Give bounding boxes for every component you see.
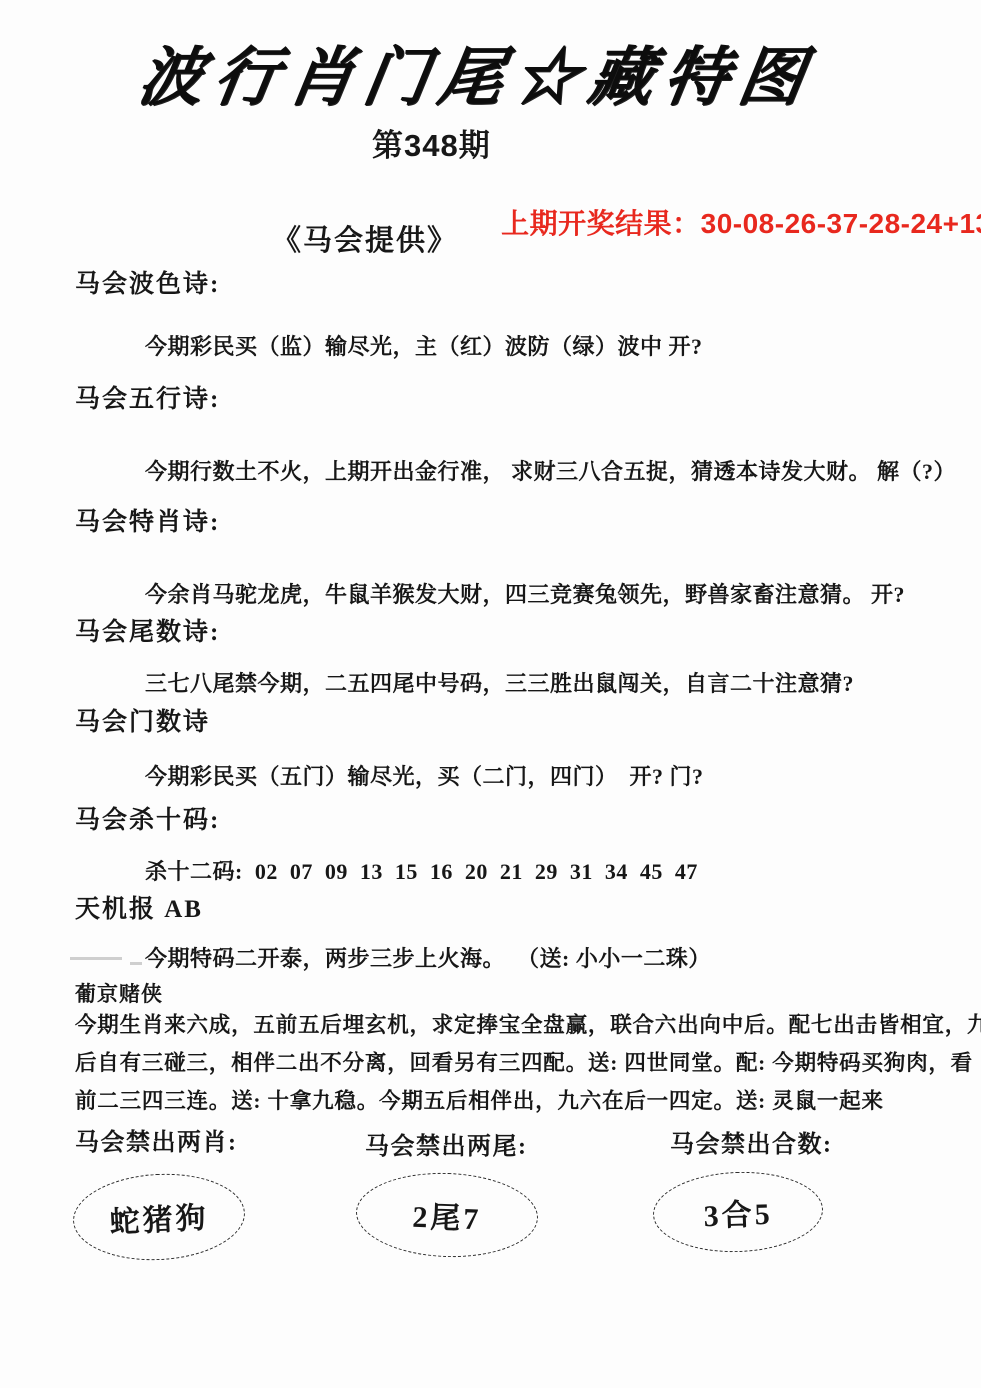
forbidden-sum-circle: 3合5 [652,1169,825,1255]
forbidden-tail-circle: 2尾7 [355,1170,540,1260]
poem-tianji: 今期特码二开泰，两步三步上火海。 （送: 小小一二珠） [145,942,711,973]
forbidden-zodiac-value: 蛇猪狗 [108,1192,209,1241]
section-heading-weishu: 马会尾数诗: [75,612,220,648]
page-title: 波行肖门尾☆藏特图 [132,26,822,118]
last-draw-numbers: 30-08-26-37-28-24+13 [701,208,981,239]
pujing-line-1: 今期生肖来六成，五前五后埋玄机，求定捧宝全盘赢，联合六出向中后。配七出击皆相宜，… [75,1008,981,1039]
forbidden-tail-value: 2尾7 [412,1192,482,1238]
section-heading-shama: 马会杀十码: [75,800,220,836]
forbidden-sum-value: 3合5 [703,1189,773,1235]
issue-number: 第348期 [372,120,491,165]
last-draw-result: 上期开奖结果：30-08-26-37-28-24+13 [468,170,981,274]
lottery-tip-sheet: 波行肖门尾☆藏特图 第348期 上期开奖结果：30-08-26-37-28-24… [0,0,981,1388]
forbidden-zodiac-label: 马会禁出两肖: [75,1122,238,1157]
forbidden-sum-label: 马会禁出合数: [670,1124,833,1159]
poem-menshu: 今期彩民买（五门）输尽光，买（二门，四门） 开? 门? [145,760,704,791]
last-draw-label: 上期开奖结果： [501,208,701,239]
pujing-line-3: 前二三四三连。送: 十拿九稳。今期五后相伴出，九六在后一四定。送: 灵鼠一起来 [75,1084,884,1115]
scan-artifact [130,962,142,965]
section-heading-pujing: 葡京赌侠 [75,978,163,1008]
provider-title: 《马会提供》 [272,218,458,259]
poem-wuxing: 今期行数土不火，上期开出金行准， 求财三八合五捉，猜透本诗发大财。 解（?） [145,455,956,486]
section-heading-tianji: 天机报 AB [75,889,203,925]
section-heading-bose: 马会波色诗: [75,264,220,300]
forbidden-tail-label: 马会禁出两尾: [365,1126,528,1161]
section-heading-texiao: 马会特肖诗: [75,502,220,538]
forbidden-zodiac-circle: 蛇猪狗 [71,1170,247,1265]
poem-texiao: 今余肖马驼龙虎，牛鼠羊猴发大财，四三竞赛兔领先，野兽家畜注意猜。 开? [145,578,905,609]
scan-artifact [70,957,122,960]
section-heading-wuxing: 马会五行诗: [75,379,220,415]
poem-bose: 今期彩民买（监）输尽光，主（红）波防（绿）波中 开? [145,330,703,361]
poem-weishu: 三七八尾禁今期，二五四尾中号码，三三胜出鼠闯关，自言二十注意猜? [145,667,854,698]
section-heading-menshu: 马会门数诗 [75,702,210,738]
kill-numbers-line: 杀十二码: 02 07 09 13 15 16 20 21 29 31 34 4… [145,855,698,886]
pujing-line-2: 后自有三碰三，相伴二出不分离，回看另有三四配。送: 四世同堂。配: 今期特码买狗… [75,1046,973,1077]
